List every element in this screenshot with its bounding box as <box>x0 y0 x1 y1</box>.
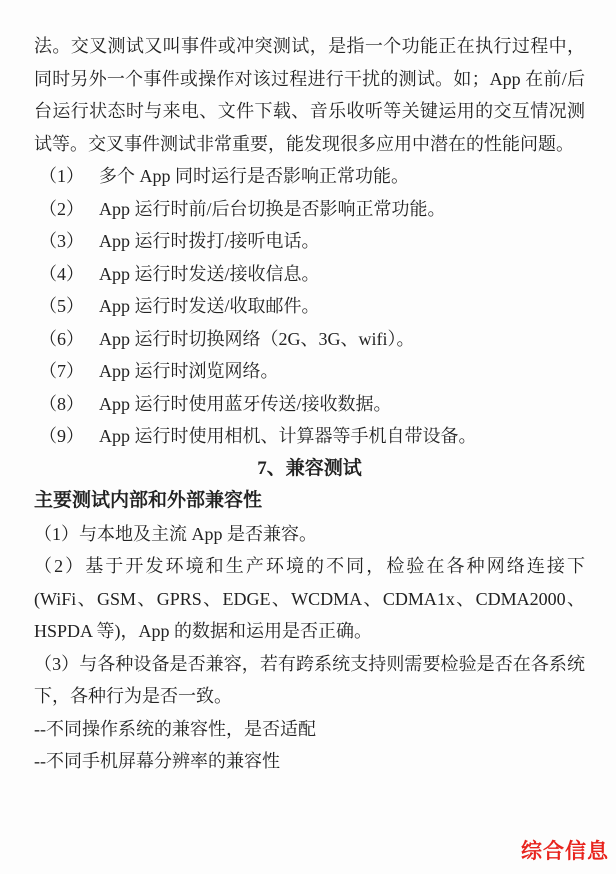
list-item-number: （7） <box>39 355 84 388</box>
dash-note: --不同手机屏幕分辨率的兼容性 <box>34 745 585 778</box>
list-item-text: App 运行时前/后台切换是否影响正常功能。 <box>99 193 585 226</box>
list-item-text: App 运行时拨打/接听电话。 <box>99 225 585 258</box>
list-item: （6） App 运行时切换网络（2G、3G、wifi）。 <box>34 323 585 356</box>
list-item-text: 多个 App 同时运行是否影响正常功能。 <box>99 160 585 193</box>
list-item: （7） App 运行时浏览网络。 <box>34 355 585 388</box>
list-item-text: App 运行时浏览网络。 <box>99 355 585 388</box>
watermark-label: 综合信息 <box>521 838 609 866</box>
section-heading: 7、兼容测试 <box>34 453 585 486</box>
list-item-text: App 运行时使用相机、计算器等手机自带设备。 <box>99 420 585 453</box>
list-item: （9） App 运行时使用相机、计算器等手机自带设备。 <box>34 420 585 453</box>
list-item-text: App 运行时使用蓝牙传送/接收数据。 <box>99 388 585 421</box>
list-item-number: （5） <box>39 290 84 323</box>
list-item-number: （9） <box>39 420 84 453</box>
list-item: （4） App 运行时发送/接收信息。 <box>34 258 585 291</box>
section-subheading: 主要测试内部和外部兼容性 <box>34 485 585 518</box>
list-item: （1） 多个 App 同时运行是否影响正常功能。 <box>34 160 585 193</box>
cross-test-list: （1） 多个 App 同时运行是否影响正常功能。 （2） App 运行时前/后台… <box>34 160 585 453</box>
list-item-number: （3） <box>39 225 84 258</box>
list-item: （8） App 运行时使用蓝牙传送/接收数据。 <box>34 388 585 421</box>
compat-paragraph: （2）基于开发环境和生产环境的不同，检验在各种网络连接下(WiFi、GSM、GP… <box>34 550 585 648</box>
list-item-text: App 运行时发送/接收信息。 <box>99 258 585 291</box>
dash-note: --不同操作系统的兼容性，是否适配 <box>34 713 585 746</box>
list-item-text: App 运行时发送/收取邮件。 <box>99 290 585 323</box>
list-item-number: （2） <box>39 193 84 226</box>
list-item: （2） App 运行时前/后台切换是否影响正常功能。 <box>34 193 585 226</box>
compat-paragraph: （1）与本地及主流 App 是否兼容。 <box>34 518 585 551</box>
list-item: （3） App 运行时拨打/接听电话。 <box>34 225 585 258</box>
list-item-text: App 运行时切换网络（2G、3G、wifi）。 <box>99 323 585 356</box>
list-item-number: （8） <box>39 388 84 421</box>
list-item: （5） App 运行时发送/收取邮件。 <box>34 290 585 323</box>
intro-paragraph: 法。交叉测试又叫事件或冲突测试，是指一个功能正在执行过程中，同时另外一个事件或操… <box>34 30 585 160</box>
compat-paragraph: （3）与各种设备是否兼容，若有跨系统支持则需要检验是否在各系统下，各种行为是否一… <box>34 648 585 713</box>
list-item-number: （1） <box>39 160 84 193</box>
list-item-number: （6） <box>39 323 84 356</box>
list-item-number: （4） <box>39 258 84 291</box>
document-page: 法。交叉测试又叫事件或冲突测试，是指一个功能正在执行过程中，同时另外一个事件或操… <box>0 0 616 874</box>
